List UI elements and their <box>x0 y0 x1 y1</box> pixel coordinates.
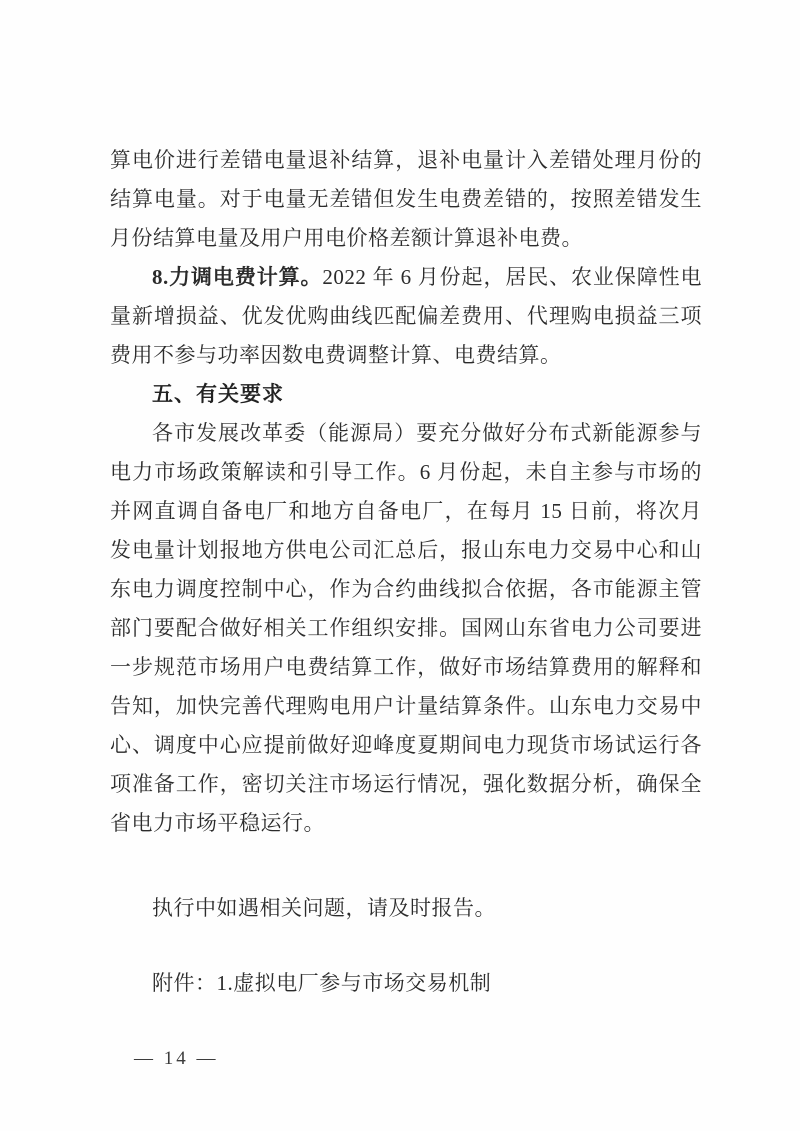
paragraph-lead-bold-label: 8.力调电费计算。 <box>152 265 322 289</box>
page-footer: — 14 — <box>134 1046 219 1072</box>
section-heading-requirements: 五、有关要求 <box>110 375 702 414</box>
paragraph-execution-note: 执行中如遇相关问题，请及时报告。 <box>110 889 702 928</box>
paragraph-requirements-detail: 各市发展改革委（能源局）要充分做好分布式新能源参与电力市场政策解读和引导工作。6… <box>110 414 702 843</box>
paragraph-power-factor-fee: 8.力调电费计算。2022 年 6 月份起，居民、农业保障性电量新增损益、优发优… <box>110 258 702 375</box>
paragraph-attachment-list: 附件：1.虚拟电厂参与市场交易机制 <box>110 964 702 1003</box>
paragraph-error-settlement-continuation: 算电价进行差错电量退补结算，退补电量计入差错处理月份的结算电量。对于电量无差错但… <box>110 141 702 258</box>
document-body: 算电价进行差错电量退补结算，退补电量计入差错处理月份的结算电量。对于电量无差错但… <box>110 141 702 1003</box>
page-number: — 14 — <box>134 1048 219 1069</box>
document-page: 算电价进行差错电量退补结算，退补电量计入差错处理月份的结算电量。对于电量无差错但… <box>0 0 800 1131</box>
